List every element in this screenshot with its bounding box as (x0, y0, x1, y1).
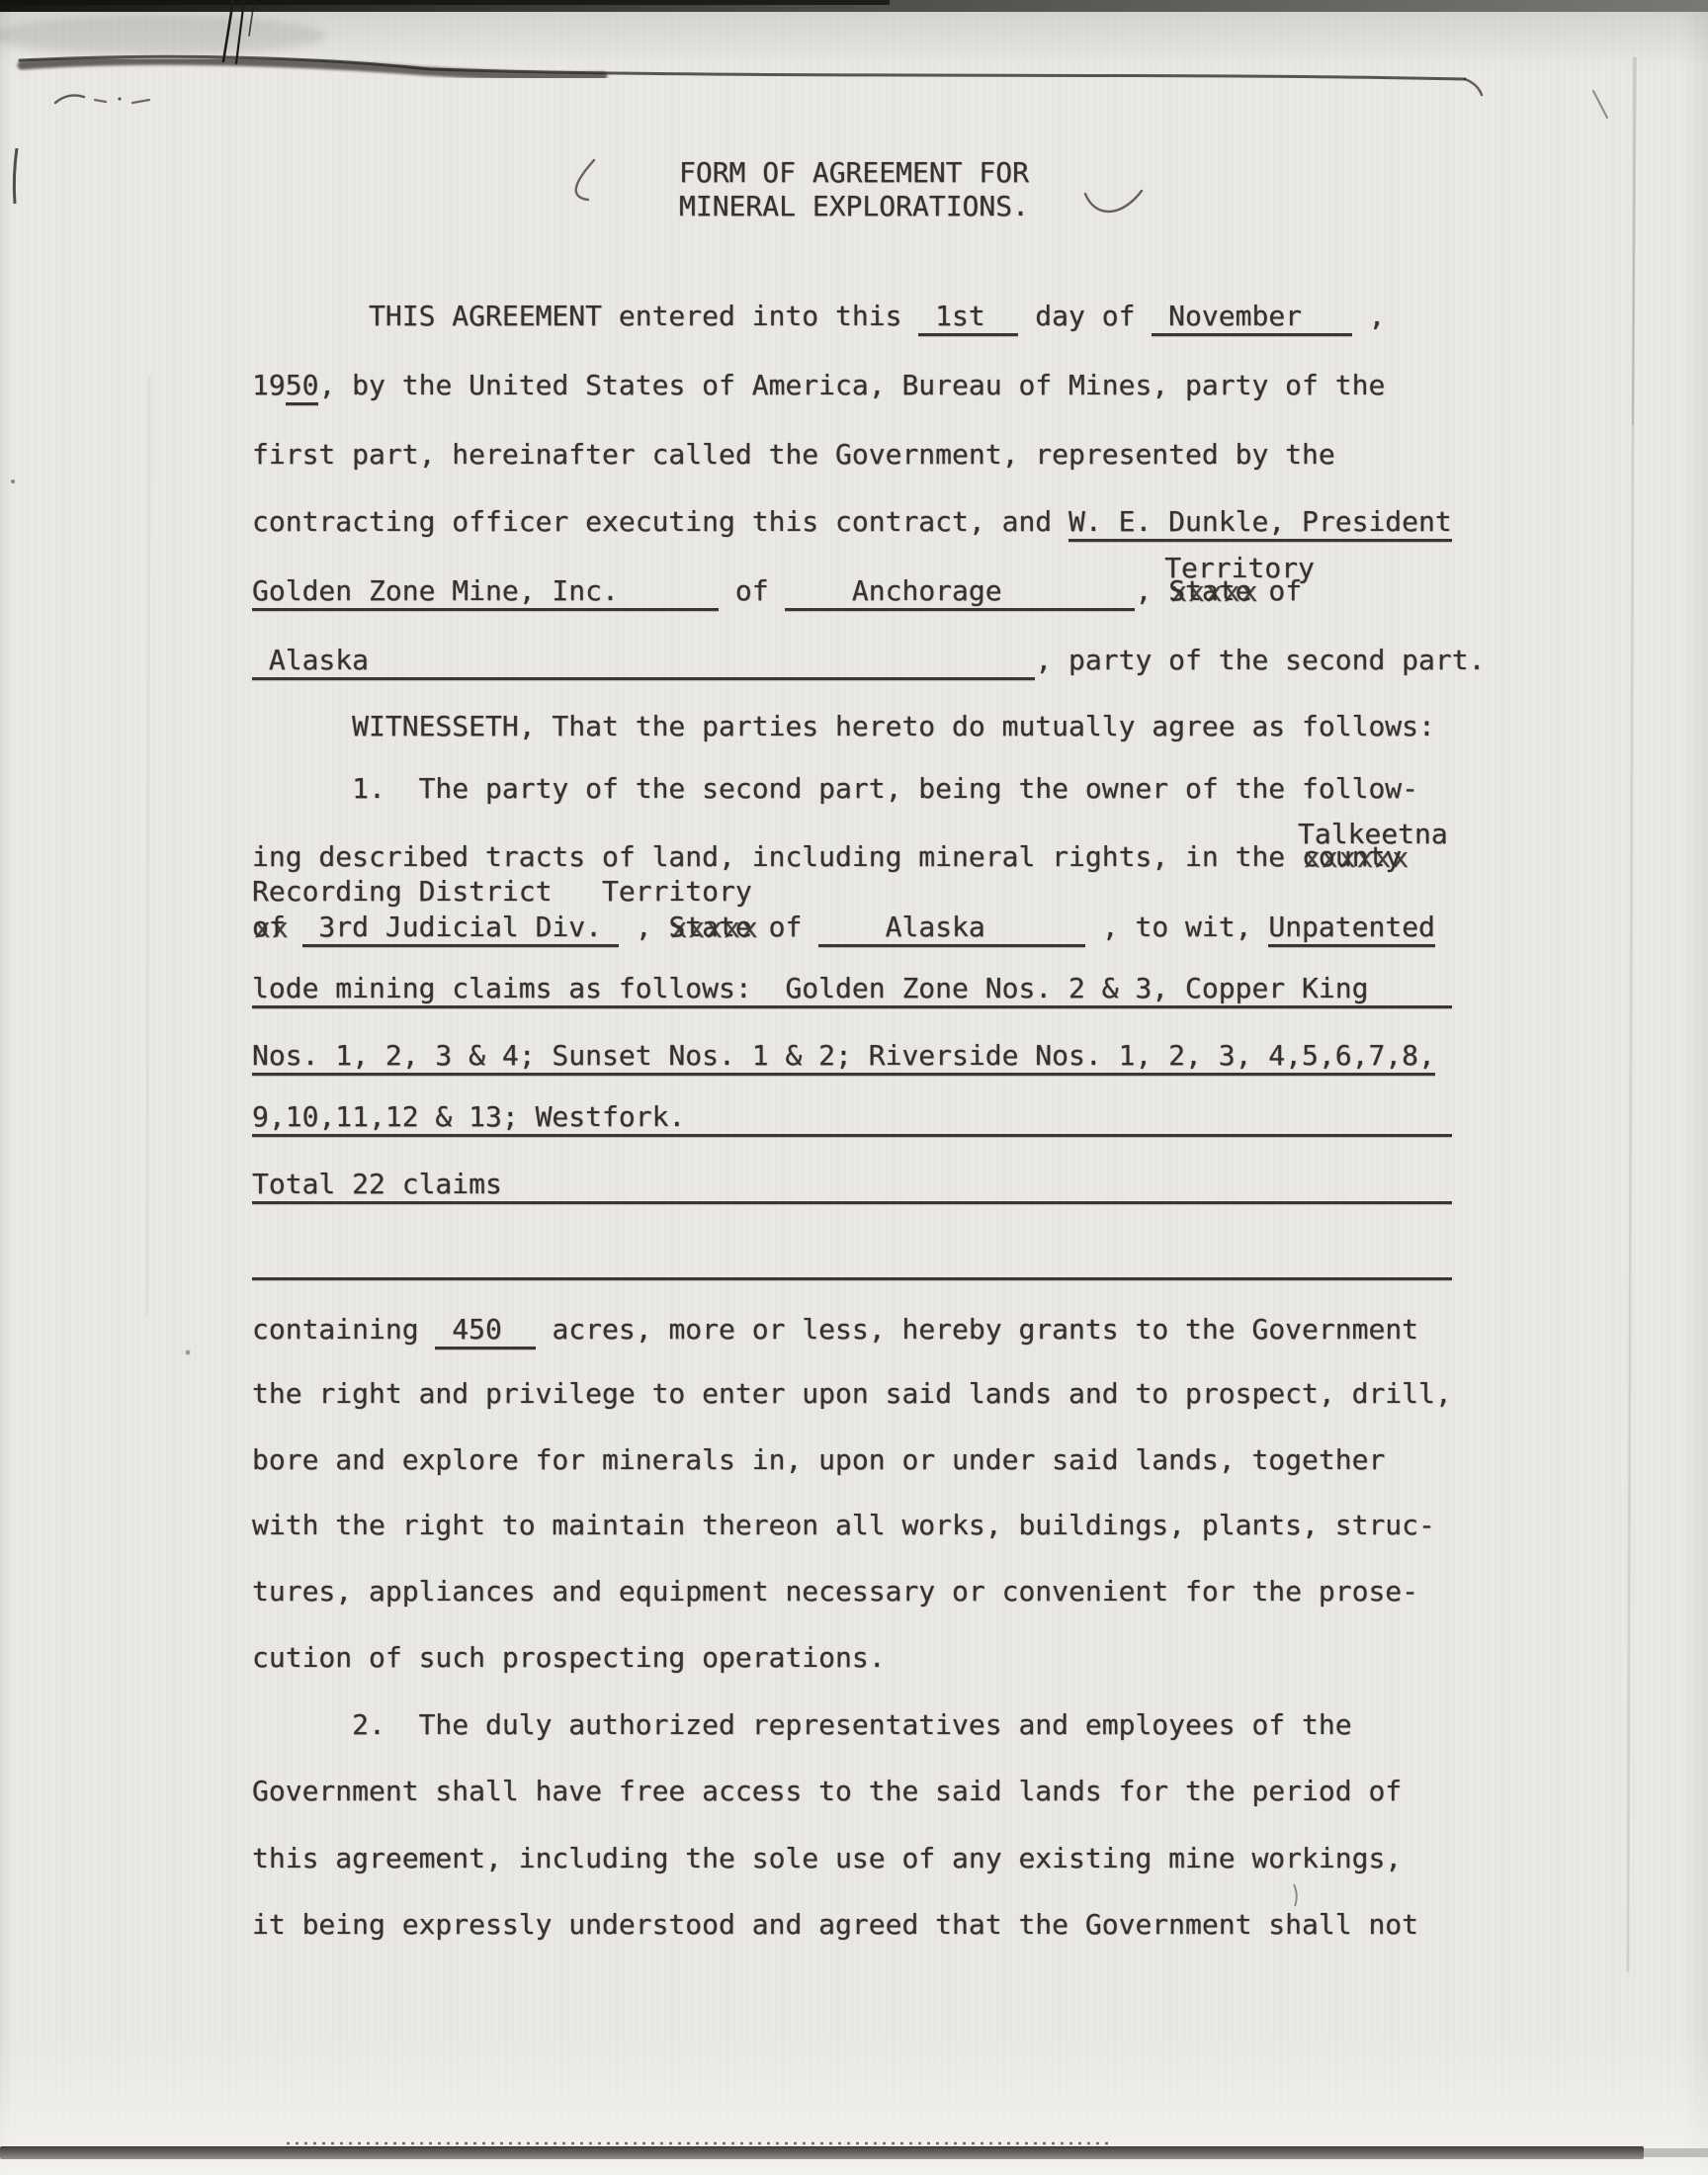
document-text: first part, hereinafter called the Gover… (252, 438, 1335, 471)
document-text: Recording District Territory (252, 875, 752, 908)
form-fill-entry: lode mining claims as follows: Golden Zo… (252, 972, 1452, 1008)
bottom-edge-scan-bar (0, 2143, 1708, 2159)
document-line: 1. The party of the second part, being t… (252, 772, 1418, 806)
document-text: with the right to maintain thereon all w… (252, 1509, 1435, 1541)
scanned-document-page: FORM OF AGREEMENT FORMINERAL EXPLORATION… (0, 0, 1708, 2175)
scan-streak-line (20, 56, 1482, 95)
document-line: this agreement, including the sole use o… (252, 1842, 1402, 1875)
struck-word: State (668, 911, 751, 944)
document-text: , by the United States of America, Burea… (318, 369, 1385, 401)
document-text: , to wit, (1085, 911, 1268, 943)
document-text: , party of the second part. (1035, 644, 1485, 676)
document-text: containing (252, 1313, 435, 1346)
document-text: bore and explore for minerals in, upon o… (252, 1443, 1385, 1476)
document-line: bore and explore for minerals in, upon o… (252, 1443, 1385, 1477)
document-text: tures, appliances and equipment necessar… (252, 1575, 1418, 1608)
document-text: , (1352, 300, 1386, 332)
inserted-word: Territory (1164, 552, 1315, 585)
pen-scribble (55, 95, 149, 103)
form-fill-entry: November (1152, 300, 1351, 336)
document-text: THIS AGREEMENT entered into this (252, 300, 918, 332)
document-line: of 3rd Judicial Div. , State of Alaska ,… (252, 911, 1435, 944)
document-text: this agreement, including the sole use o… (252, 1842, 1402, 1874)
document-line: THIS AGREEMENT entered into this 1st day… (252, 300, 1385, 333)
document-text: 19 (252, 369, 286, 401)
document-line: containing 450 acres, more or less, here… (252, 1313, 1418, 1347)
document-line: the right and privilege to enter upon sa… (252, 1377, 1452, 1411)
form-fill-entry: Alaska (818, 911, 1085, 947)
form-fill-entry: Golden Zone Mine, Inc. (252, 574, 719, 611)
small-pen-tick (1294, 1884, 1297, 1906)
form-fill-entry: Total 22 claims (252, 1168, 1452, 1204)
document-line: first part, hereinafter called the Gover… (252, 438, 1335, 472)
top-edge-dark-strip (0, 0, 890, 5)
document-text: Government shall have free access to the… (252, 1775, 1402, 1807)
form-fill-entry: 450 (435, 1313, 535, 1349)
document-line: 1950, by the United States of America, B… (252, 369, 1385, 402)
form-fill-entry: W. E. Dunkle, President (1068, 505, 1452, 542)
document-line: Total 22 claims (252, 1168, 1452, 1201)
form-fill-entry: Unpatented (1268, 911, 1435, 947)
struck-word: of (252, 911, 286, 944)
document-line: with the right to maintain thereon all w… (252, 1509, 1435, 1542)
document-line: 2. The duly authorized representatives a… (252, 1708, 1352, 1742)
top-left-smudge (0, 16, 326, 55)
document-text: 2. The duly authorized representatives a… (252, 1708, 1352, 1741)
document-text: day of (1018, 300, 1152, 332)
document-line: contracting officer executing this contr… (252, 505, 1452, 539)
document-text: of (752, 911, 818, 943)
document-line: lode mining claims as follows: Golden Zo… (252, 972, 1452, 1005)
document-text: cution of such prospecting operations. (252, 1641, 886, 1674)
document-line: Nos. 1, 2, 3 & 4; Sunset Nos. 1 & 2; Riv… (252, 1039, 1435, 1073)
document-line: cution of such prospecting operations. (252, 1641, 886, 1675)
document-text: , (619, 911, 669, 943)
document-text: of (719, 574, 785, 607)
document-line: ing described tracts of land, including … (252, 840, 1402, 874)
document-text: it being expressly understood and agreed… (252, 1908, 1418, 1941)
staple-marks (223, 0, 254, 63)
document-line: 9,10,11,12 & 13; Westfork. (252, 1100, 1452, 1134)
document-text: contracting officer executing this contr… (252, 505, 1068, 538)
struck-word: countyTalkeetna (1302, 840, 1402, 874)
struck-word: StateTerritory (1168, 574, 1251, 608)
inserted-word: Talkeetna (1298, 818, 1448, 851)
form-fill-entry: Alaska (252, 644, 1035, 680)
document-title-line: MINERAL EXPLORATIONS. (0, 190, 1708, 223)
document-line: Recording District Territory (252, 875, 752, 909)
form-fill-entry: 50 (286, 369, 319, 405)
document-text: acres, more or less, hereby grants to th… (536, 1313, 1418, 1346)
form-fill-entry (252, 1244, 1452, 1280)
document-text: MINERAL EXPLORATIONS. (679, 190, 1029, 222)
document-text: WITNESSETH, That the parties hereto do m… (252, 710, 1435, 742)
document-title-line: FORM OF AGREEMENT FOR (0, 156, 1708, 190)
form-fill-entry: 1st (918, 300, 1018, 336)
form-fill-entry: 9,10,11,12 & 13; Westfork. (252, 1100, 1452, 1137)
document-line: WITNESSETH, That the parties hereto do m… (252, 710, 1435, 743)
fold-crease-lines (147, 57, 1636, 1972)
document-line: Golden Zone Mine, Inc. of Anchorage , St… (252, 574, 1302, 608)
form-fill-entry: 3rd Judicial Div. (302, 911, 619, 947)
document-text: 1. The party of the second part, being t… (252, 772, 1418, 805)
document-text: ing described tracts of land, including … (252, 840, 1302, 873)
top-edge-scan-bar (0, 0, 1708, 12)
document-line: it being expressly understood and agreed… (252, 1908, 1418, 1942)
document-line: Government shall have free access to the… (252, 1775, 1402, 1808)
document-line: tures, appliances and equipment necessar… (252, 1575, 1418, 1609)
form-fill-entry: Nos. 1, 2, 3 & 4; Sunset Nos. 1 & 2; Riv… (252, 1039, 1435, 1076)
document-line: Alaska , party of the second part. (252, 644, 1485, 677)
document-line (252, 1244, 1452, 1277)
form-fill-entry: Anchorage (785, 574, 1135, 611)
document-text: the right and privilege to enter upon sa… (252, 1377, 1452, 1410)
document-text: FORM OF AGREEMENT FOR (679, 156, 1029, 189)
